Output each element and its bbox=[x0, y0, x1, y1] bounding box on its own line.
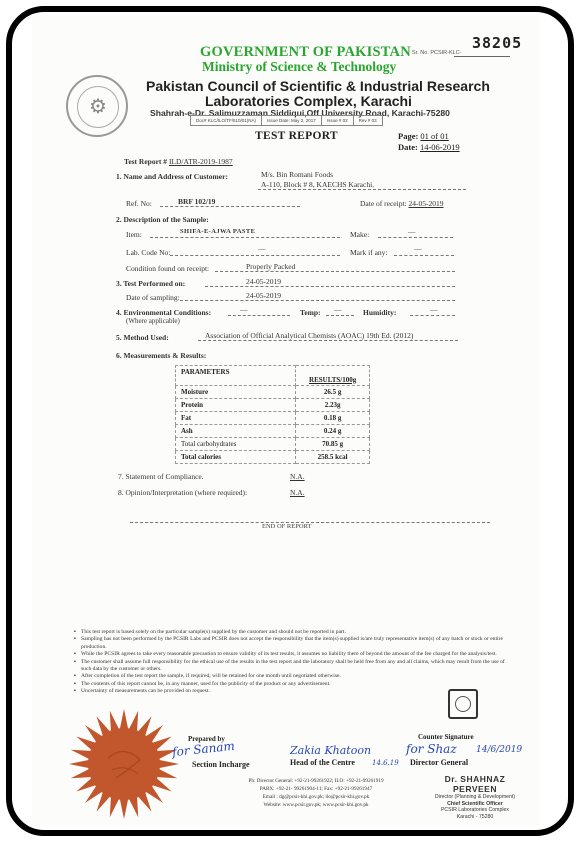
condition-value: Properly Packed bbox=[246, 262, 295, 271]
results-header: RESULTS/100g bbox=[296, 366, 370, 386]
red-seal-icon bbox=[68, 708, 180, 820]
serial-underline bbox=[454, 56, 510, 57]
revision-code: Rev # 03 bbox=[354, 116, 382, 125]
section-5-label: 5. Method Used: bbox=[116, 333, 169, 342]
temp-label: Temp: bbox=[300, 308, 321, 317]
section-4-label: 4. Environmental Conditions: bbox=[116, 308, 211, 317]
section-7-label: 7. Statement of Compliance. bbox=[118, 472, 204, 481]
performed-value: 24-05-2019 bbox=[246, 277, 281, 286]
report-date: Date: 14-06-2019 bbox=[398, 142, 460, 152]
council-heading: Pakistan Council of Scientific & Industr… bbox=[146, 78, 490, 94]
head-centre-signature: Zakia Khatoon bbox=[290, 744, 371, 757]
section-2-label: 2. Description of the Sample: bbox=[116, 215, 209, 224]
report-number: Test Report # ILD/ATR-2019-1987 bbox=[124, 157, 233, 166]
head-centre-sign-date: 14.6.19 bbox=[372, 759, 399, 767]
sampling-label: Date of sampling: bbox=[126, 293, 180, 302]
section-8-label: 8. Opinion/Interpretation (where require… bbox=[118, 488, 247, 497]
head-centre-label: Head of the Centre bbox=[290, 758, 355, 767]
table-row: Protein2.23g bbox=[176, 399, 370, 412]
contact-phone: Ph: Director General: +92-21-99261922; I… bbox=[218, 777, 414, 785]
customer-name: M/s. Bin Romani Foods bbox=[261, 170, 333, 179]
issue-number-code: Issue # 02 bbox=[322, 116, 354, 125]
contact-website: Website: www.pcsir.gov.pk; www.pcsir-khi… bbox=[218, 801, 414, 809]
contact-email: Email : dg@pcsir-khi.gov.pk; ilo@pcsir-k… bbox=[218, 793, 414, 801]
disclaimer-notes: This test report is based solely on the … bbox=[74, 629, 514, 696]
director-general-label: Director General bbox=[410, 758, 468, 767]
section-1-label: 1. Name and Address of Customer: bbox=[116, 172, 228, 181]
receipt-date: Date of receipt: 24-05-2019 bbox=[360, 199, 444, 208]
note-item: Sampling has not been performed by the P… bbox=[74, 636, 514, 651]
page-value: 01 of 01 bbox=[420, 131, 448, 141]
results-table: PARAMETERS RESULTS/100g Moisture26.5 g P… bbox=[175, 365, 370, 464]
humidity-label: Humidity: bbox=[363, 308, 396, 317]
lab-heading: Laboratories Complex, Karachi bbox=[205, 93, 412, 109]
env-value: — bbox=[240, 305, 248, 314]
table-header-row: PARAMETERS RESULTS/100g bbox=[176, 366, 370, 386]
section-6-label: 6. Measurements & Results: bbox=[116, 351, 206, 360]
section-4-sub: (Where applicable) bbox=[126, 317, 180, 325]
table-row: Moisture26.5 g bbox=[176, 386, 370, 399]
contact-pabx: PABX: +92-21- 99261904-11; Fax: +92-21-9… bbox=[218, 785, 414, 793]
make-label: Make: bbox=[350, 230, 369, 239]
section-3-label: 3. Test Performed on: bbox=[116, 279, 185, 288]
customer-address: A-110, Block # 8, KAECHS Karachi. bbox=[261, 180, 374, 189]
counter-signature-label: Counter Signature bbox=[418, 733, 474, 741]
report-number-value: ILD/ATR-2019-1987 bbox=[169, 157, 233, 166]
table-row: Total carbohydrates70.85 g bbox=[176, 438, 370, 451]
mark-value: — bbox=[414, 244, 422, 253]
humidity-value: — bbox=[430, 305, 438, 314]
note-item: After completion of the test report the … bbox=[74, 673, 514, 680]
table-row: Ash0.24 g bbox=[176, 425, 370, 438]
method-value: Association of Official Analytical Chemi… bbox=[205, 331, 413, 340]
end-of-report: END OF REPORT bbox=[262, 523, 311, 530]
section-8-value: N.A. bbox=[290, 488, 305, 497]
lab-code-value: — bbox=[258, 244, 266, 253]
table-row: Total calories258.5 kcal bbox=[176, 451, 370, 464]
note-item: While the PCSIR agrees to take every rea… bbox=[74, 651, 514, 658]
section-incharge-label: Section Incharge bbox=[192, 760, 250, 769]
director-name: Dr. SHAHNAZ PERVEEN bbox=[425, 774, 525, 794]
director-stamp: Dr. SHAHNAZ PERVEEN Director (Planning &… bbox=[425, 774, 525, 820]
item-value: SHIFA-E-AJWA PASTE bbox=[180, 228, 255, 235]
sampling-value: 24-05-2019 bbox=[246, 291, 281, 300]
temp-value: — bbox=[334, 305, 342, 314]
make-value: — bbox=[408, 227, 416, 236]
parameters-header: PARAMETERS bbox=[176, 366, 296, 386]
page-indicator: Page: 01 of 01 bbox=[398, 131, 449, 141]
table-row: Fat0.18 g bbox=[176, 412, 370, 425]
contact-info: Ph: Director General: +92-21-99261922; I… bbox=[218, 777, 414, 809]
note-item: The customer shall assume full responsib… bbox=[74, 659, 514, 674]
doc-code: Doc# KLC/ILO/TF/510/01(NA) bbox=[191, 116, 262, 125]
document-code-strip: Doc# KLC/ILO/TF/510/01(NA) Issue Date: M… bbox=[190, 115, 383, 126]
square-stamp-icon bbox=[448, 689, 478, 719]
date-value: 14-06-2019 bbox=[420, 142, 460, 152]
mark-label: Mark if any: bbox=[350, 248, 388, 257]
report-title: TEST REPORT bbox=[255, 130, 338, 142]
section-7-value: N.A. bbox=[290, 472, 305, 481]
serial-number: 38205 bbox=[472, 34, 522, 52]
director-signature: for Shaz bbox=[406, 742, 457, 756]
condition-label: Condition found on receipt: bbox=[126, 264, 209, 273]
director-sign-date: 14/6/2019 bbox=[476, 745, 522, 755]
ministry-heading: Ministry of Science & Technology bbox=[202, 59, 396, 75]
lab-code-label: Lab. Code No: bbox=[126, 248, 170, 257]
ref-label: Ref. No: bbox=[126, 199, 152, 208]
item-label: Item: bbox=[126, 230, 142, 239]
issue-date-code: Issue Date: May 2, 2017 bbox=[262, 116, 322, 125]
pcsir-emblem-icon: ⚙ bbox=[66, 75, 128, 137]
ref-value: BRF 102/19 bbox=[178, 197, 215, 206]
